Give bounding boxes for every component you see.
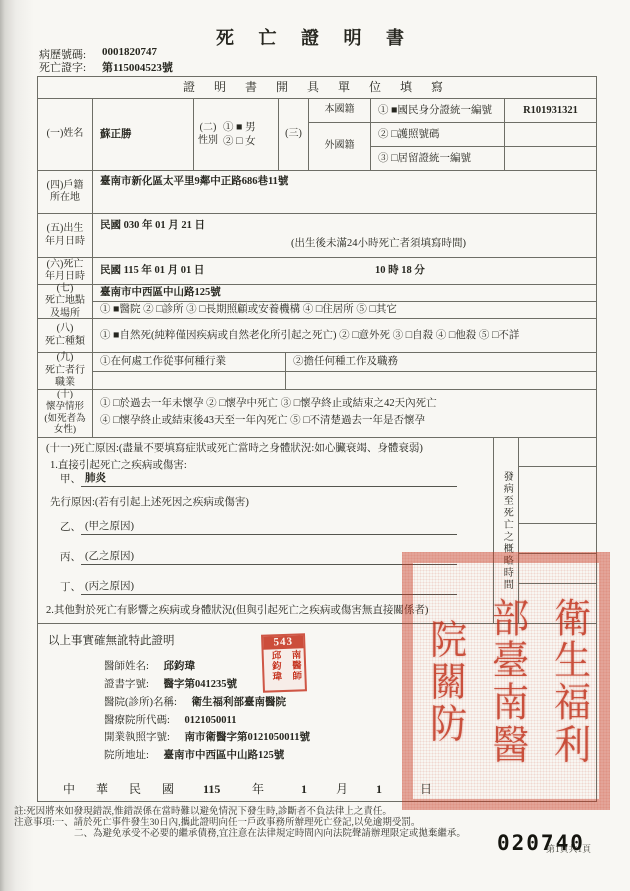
passport-value-empty [505,123,596,147]
field-label: 醫師姓名: [104,661,149,672]
duration-cell-1 [519,438,596,467]
certify-field-hospital-name: 醫院(診所)名稱: 衛生福利部臺南醫院 [104,696,286,710]
hospital-seal-column-2: 部臺南醫 [486,597,525,765]
id-value: R101931321 [505,99,596,123]
item3-label: (三) [279,99,309,171]
doctor-stamp: 543 南醫師 邱鈞瑋 [261,633,307,693]
sex-cell: (二) 性別 ① ■ 男 ② □ 女 [194,99,279,171]
cause-b-value: (甲之原因) [81,520,457,535]
duration-cell-2 [519,467,596,524]
cause-a-row: 甲、 肺炎 [60,472,457,487]
cause-d-label: 丁、 [60,581,81,595]
occupation-label: (九) 死亡者行 職業 [38,353,93,390]
certify-field-hospital-code: 醫療院所代碼: 0121050011 [104,714,236,728]
death-type-options: ① ■自然死(純粹僅因疾病或自然老化所引起之死亡) ② □意外死 ③ □自殺 ④… [93,319,596,353]
death-type-label: (八) 死亡種類 [38,319,93,353]
sex-option-male: ① ■ 男 [223,121,256,135]
cause-b-label: 乙、 [60,521,81,535]
field-label: 證書字號: [104,679,149,690]
cause-c-label: 丙、 [60,551,81,565]
certify-field-hospital-address: 院所地址: 臺南市中西區中山路125號 [104,749,284,763]
death-place-options: ① ■醫院 ② □診所 ③ □長期照顧或安養機構 ④ □住居所 ⑤ □其它 [93,302,596,319]
field-value: 臺南市中西區中山路125號 [164,750,285,761]
field-value: 邱鈞瑋 [164,661,196,672]
doctor-stamp-right-column: 南醫師 [289,649,300,689]
doctor-stamp-text: 南醫師 邱鈞瑋 [264,648,305,690]
table-header: 證 明 書 開 具 單 位 填 寫 [38,77,596,99]
certify-field-license-no: 開業執照字號: 南市衛醫字第0121050011號 [104,731,310,745]
death-certificate-page: 死 亡 證 明 書 病歷號碼: 0001820747 死亡證字: 第115004… [0,0,630,891]
occupation-col1-header: ①在何處工作從事何種行業 [93,353,286,372]
death-time-value: 10 時 18 分 [375,264,425,278]
pregnancy-cell: ① □於過去一年未懷孕 ② □懷孕中死亡 ③ □懷孕終止或結束之42天內死亡 ④… [93,390,596,438]
cause-direct-label: 1.直接引起死亡之疾病或傷害: [50,459,187,473]
cause-d-row: 丁、 (丙之原因) [60,580,457,595]
hospital-seal-column-3: 院關防 [424,618,463,744]
serial-number-stamp: 020740 [497,831,585,855]
field-value: 南市衛醫字第0121050011號 [185,732,310,743]
pregnancy-options-line2: ④ □懷孕終止或結束後43天至一年內死亡 ⑤ □不清楚過去一年是否懷孕 [100,414,425,428]
birth-label: (五)出生 年月日時 [38,214,93,258]
cert-number-value: 第115004523號 [102,59,173,75]
doctor-stamp-left-column: 邱鈞瑋 [269,650,280,690]
cause-antecedent-label: 先行原因:(若有引起上述死因之疾病或傷害) [50,496,249,510]
occupation-col1-blank [93,372,286,390]
cause-other-label: 2.其他對於死亡有影響之疾病或身體狀況(但與引起死亡之疾病或傷害無直接關係者) [46,604,428,618]
household-label: (四)戶籍 所在地 [38,171,93,214]
record-number-value: 0001820747 [102,46,157,58]
foreign-label: 外國籍 [309,123,371,171]
birth-note: (出生後未滿24小時死亡者須填寫時間) [291,237,466,251]
birth-cell: 民國 030 年 01 月 21 日 (出生後未滿24小時死亡者須填寫時間) [93,214,596,258]
field-value: 醫字第041235號 [164,679,238,690]
cause-d-value: (丙之原因) [81,580,457,595]
household-value: 臺南市新化區太平里9鄰中正路686巷11號 [93,171,596,214]
death-place-address: 臺南市中西區中山路125號 [93,285,596,302]
field-value: 0121050011 [185,715,237,726]
cause-a-value: 肺炎 [81,472,457,487]
resident-value-empty [505,147,596,171]
date-day: 1 [376,782,382,798]
death-date-cell: 民國 115 年 01 月 01 日 10 時 18 分 [93,258,596,285]
field-label: 院所地址: [104,750,149,761]
cause-b-row: 乙、 (甲之原因) [60,520,457,535]
cert-number-label: 死亡證字: [39,59,86,75]
occupation-col2-blank [286,372,596,390]
cause-c-row: 丙、 (乙之原因) [60,550,457,565]
name-label: (一)姓名 [38,99,93,171]
sex-options: ① ■ 男 ② □ 女 [223,121,256,148]
sex-label: (二) 性別 [198,122,218,147]
certify-field-cert-no: 證書字號: 醫字第041235號 [104,678,237,692]
certify-statement: 以上事實確無訛特此證明 [48,634,175,649]
birth-value: 民國 030 年 01 月 21 日 [100,219,205,233]
date-era: 中 華 民 國 [63,782,183,798]
pregnancy-label: (十) 懷孕情形 (如死者為 女性) [38,390,93,438]
occupation-col2-header: ②擔任何種工作及職務 [286,353,596,372]
death-date-label: (六)死亡 年月日時 [38,258,93,285]
sex-option-female: ② □ 女 [223,135,256,149]
death-date-value: 民國 115 年 01 月 01 日 [100,264,204,278]
date-year: 115 [203,782,220,798]
cause-c-value: (乙之原因) [81,550,457,565]
hospital-seal: 衛生福利 部臺南醫 院關防 [402,552,610,810]
duration-cell-3 [519,524,596,554]
field-label: 醫院(診所)名稱: [104,697,177,708]
death-place-label: (七) 死亡地點 及場所 [38,285,93,319]
field-label: 開業執照字號: [104,732,170,743]
date-year-unit: 年 [252,782,264,798]
field-label: 醫療院所代碼: [104,715,170,726]
pregnancy-options-line1: ① □於過去一年未懷孕 ② □懷孕中死亡 ③ □懷孕終止或結束之42天內死亡 [100,397,437,411]
hospital-seal-column-1: 衛生福利 [548,597,587,765]
date-month-unit: 月 [336,782,348,798]
resident-checkbox-option: ③ □居留證統一編號 [371,147,505,171]
field-value: 衛生福利部臺南醫院 [192,697,287,708]
national-label: 本國籍 [309,99,371,123]
footer-note-3: 二、為避免承受不必要的繼承債務,宜注意在法律規定時間內向法院聲請辦理限定或拋棄繼… [74,825,466,839]
page-title: 死 亡 證 明 書 [0,24,630,50]
id-checkbox-option: ① ■國民身分證統一編號 [371,99,505,123]
date-month: 1 [301,782,307,798]
cause-a-label: 甲、 [60,473,81,487]
passport-checkbox-option: ② □護照號碼 [371,123,505,147]
cause-header: (十一)死亡原因:(盡量不要填寫症狀或死亡當時之身體狀況:如心臟衰竭、身體衰弱) [46,442,423,456]
certify-field-doctor-name: 醫師姓名: 邱鈞瑋 [104,660,195,674]
name-value: 蘇正勝 [93,99,194,171]
